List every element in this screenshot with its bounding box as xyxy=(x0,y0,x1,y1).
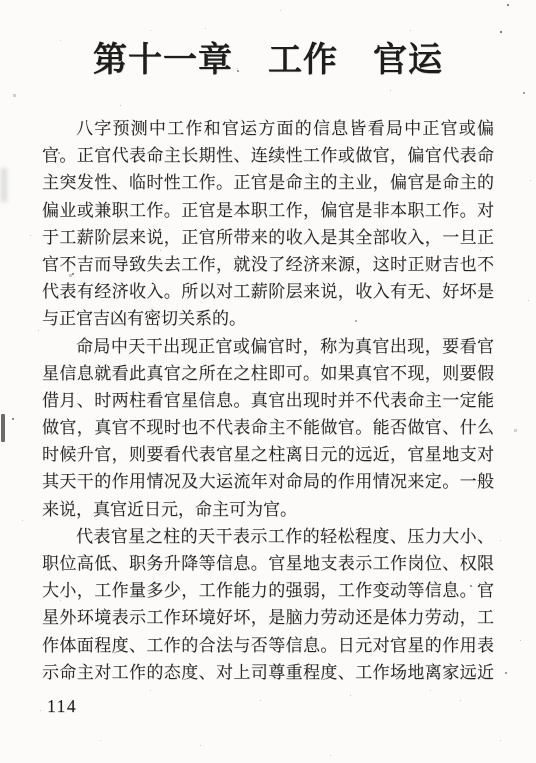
text-line: 做官，真官不现时也不代表命主不能做官。能否做官、什么 xyxy=(42,414,494,441)
text-line: 于工薪阶层来说，正官所带来的收入是其全部收入，一旦正 xyxy=(42,224,494,251)
text-line: 官不吉而导致失去工作，就没了经济来源，这时正财吉也不 xyxy=(42,251,494,278)
scan-speckles-light xyxy=(0,0,1,1)
body-text: 八字预测中工作和官运方面的信息皆看局中正官或偏官。正官代表命主长期性、连续性工作… xyxy=(42,115,494,686)
text-line: 星外环境表示工作环境好坏，是脑力劳动还是体力劳动，工 xyxy=(42,604,494,631)
text-line: 作体面程度、工作的合法与否等信息。日元对官星的作用表 xyxy=(42,632,494,659)
chapter-title: 第十一章 工作 官运 xyxy=(0,32,536,81)
scan-speckles-dark xyxy=(0,0,2,2)
text-line: 代表有经济收入。所以对工薪阶层来说，收入有无、好坏是 xyxy=(42,278,494,305)
book-page: 第十一章 工作 官运 八字预测中工作和官运方面的信息皆看局中正官或偏官。正官代表… xyxy=(0,0,536,763)
text-line: 职位高低、职务升降等信息。官星地支表示工作岗位、权限 xyxy=(42,550,494,577)
text-line: 八字预测中工作和官运方面的信息皆看局中正官或偏 xyxy=(42,115,494,142)
text-line: 示命主对工作的态度、对上司尊重程度、工作场地离家远近 xyxy=(42,659,494,686)
text-line: 主突发性、临时性工作。正官是命主的主业，偏官是命主的 xyxy=(42,169,494,196)
scan-edge-smudge xyxy=(1,168,7,202)
text-line: 官。正官代表命主长期性、连续性工作或做官，偏官代表命 xyxy=(42,142,494,169)
text-line: 代表官星之柱的天干表示工作的轻松程度、压力大小、 xyxy=(42,523,494,550)
text-line: 星信息就看此真官之所在之柱即可。如果真官不现，则要假 xyxy=(42,360,494,387)
text-line: 借月、时两柱看官星信息。真官出现时并不代表命主一定能 xyxy=(42,387,494,414)
text-line: 来说，真官近日元，命主可为官。 xyxy=(42,496,494,523)
text-line: 偏业或兼职工作。正官是本职工作，偏官是非本职工作。对 xyxy=(42,197,494,224)
text-line: 命局中天干出现正官或偏官时，称为真官出现，要看官 xyxy=(42,333,494,360)
text-line: 时候升官，则要看代表官星之柱离日元的远近，官星地支对 xyxy=(42,441,494,468)
text-line: 大小，工作量多少，工作能力的强弱，工作变动等信息。官 xyxy=(42,577,494,604)
scan-edge-mark xyxy=(1,414,5,442)
text-line: 与正官吉凶有密切关系的。 xyxy=(42,305,494,332)
text-line: 其天干的作用情况及大运流年对命局的作用情况来定。一般 xyxy=(42,468,494,495)
page-number: 114 xyxy=(47,696,77,717)
